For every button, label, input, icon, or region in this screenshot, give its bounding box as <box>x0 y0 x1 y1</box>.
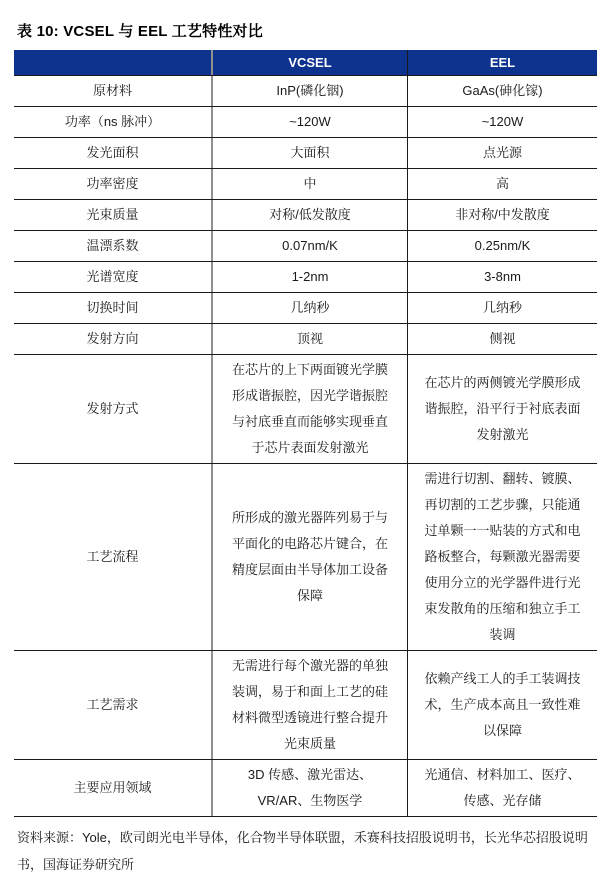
eel-cell: 在芯片的两侧镀光学膜形成谐振腔，沿平行于衬底表面发射激光 <box>408 355 597 463</box>
table-row: 发射方向 顶视 侧视 <box>14 324 597 355</box>
table-row: 发射方式 在芯片的上下两面镀光学膜形成谐振腔，因光学谐振腔与衬底垂直而能够实现垂… <box>14 355 597 464</box>
vcsel-cell: 1-2nm <box>211 262 408 292</box>
table-row: 主要应用领域 3D 传感、激光雷达、VR/AR、生物医学 光通信、材料加工、医疗… <box>14 760 597 817</box>
table-row: 光束质量 对称/低发散度 非对称/中发散度 <box>14 200 597 231</box>
source-note: 资料来源：Yole，欧司朗光电半导体，化合物半导体联盟，禾赛科技招股说明书，长光… <box>17 824 594 878</box>
table-row: 切换时间 几纳秒 几纳秒 <box>14 293 597 324</box>
table-row: 光谱宽度 1-2nm 3-8nm <box>14 262 597 293</box>
row-label: 温漂系数 <box>14 231 211 261</box>
table-row: 原材料 InP(磷化铟) GaAs(砷化镓) <box>14 76 597 107</box>
table-body: 原材料 InP(磷化铟) GaAs(砷化镓) 功率（ns 脉冲） ~120W ~… <box>14 76 597 817</box>
header-cell-eel: EEL <box>408 50 597 75</box>
row-label: 发光面积 <box>14 138 211 168</box>
row-label: 发射方式 <box>14 355 211 463</box>
table-row: 发光面积 大面积 点光源 <box>14 138 597 169</box>
eel-cell: 需进行切割、翻转、镀膜、再切割的工艺步骤，只能通过单颗一一贴装的方式和电路板整合… <box>408 464 597 650</box>
vcsel-cell: 几纳秒 <box>211 293 408 323</box>
row-label: 光谱宽度 <box>14 262 211 292</box>
row-label: 工艺需求 <box>14 651 211 759</box>
vcsel-cell: 所形成的激光器阵列易于与平面化的电路芯片键合，在精度层面由半导体加工设备保障 <box>211 464 408 650</box>
row-label: 发射方向 <box>14 324 211 354</box>
eel-cell: 非对称/中发散度 <box>408 200 597 230</box>
row-label: 功率（ns 脉冲） <box>14 107 211 137</box>
table-row: 温漂系数 0.07nm/K 0.25nm/K <box>14 231 597 262</box>
vcsel-cell: 大面积 <box>211 138 408 168</box>
table-row: 工艺流程 所形成的激光器阵列易于与平面化的电路芯片键合，在精度层面由半导体加工设… <box>14 464 597 651</box>
vcsel-cell: 顶视 <box>211 324 408 354</box>
eel-cell: GaAs(砷化镓) <box>408 76 597 106</box>
row-label: 光束质量 <box>14 200 211 230</box>
vcsel-cell: InP(磷化铟) <box>211 76 408 106</box>
table-row: 工艺需求 无需进行每个激光器的单独装调，易于和面上工艺的硅材料微型透镜进行整合提… <box>14 651 597 760</box>
table-title: 表 10: VCSEL 与 EEL 工艺特性对比 <box>17 20 597 41</box>
eel-cell: 0.25nm/K <box>408 231 597 261</box>
vcsel-cell: 3D 传感、激光雷达、VR/AR、生物医学 <box>211 760 408 816</box>
row-label: 工艺流程 <box>14 464 211 650</box>
table-header-row: VCSEL EEL <box>14 50 597 76</box>
row-label: 主要应用领域 <box>14 760 211 816</box>
vcsel-cell: 对称/低发散度 <box>211 200 408 230</box>
eel-cell: 依赖产线工人的手工装调技术，生产成本高且一致性难以保障 <box>408 651 597 759</box>
report-page: 表 10: VCSEL 与 EEL 工艺特性对比 VCSEL EEL 原材料 I… <box>0 0 611 888</box>
vcsel-cell: 无需进行每个激光器的单独装调，易于和面上工艺的硅材料微型透镜进行整合提升光束质量 <box>211 651 408 759</box>
vcsel-eel-comparison-table: VCSEL EEL 原材料 InP(磷化铟) GaAs(砷化镓) 功率（ns 脉… <box>14 50 597 817</box>
eel-cell: 高 <box>408 169 597 199</box>
vcsel-cell: 在芯片的上下两面镀光学膜形成谐振腔，因光学谐振腔与衬底垂直而能够实现垂直于芯片表… <box>211 355 408 463</box>
eel-cell: ~120W <box>408 107 597 137</box>
eel-cell: 光通信、材料加工、医疗、传感、光存储 <box>408 760 597 816</box>
row-label: 切换时间 <box>14 293 211 323</box>
row-label: 功率密度 <box>14 169 211 199</box>
vcsel-cell: 中 <box>211 169 408 199</box>
vcsel-cell: 0.07nm/K <box>211 231 408 261</box>
header-cell-vcsel: VCSEL <box>211 50 408 75</box>
header-cell-empty <box>14 50 211 75</box>
vcsel-cell: ~120W <box>211 107 408 137</box>
eel-cell: 侧视 <box>408 324 597 354</box>
eel-cell: 3-8nm <box>408 262 597 292</box>
table-row: 功率（ns 脉冲） ~120W ~120W <box>14 107 597 138</box>
eel-cell: 点光源 <box>408 138 597 168</box>
table-row: 功率密度 中 高 <box>14 169 597 200</box>
eel-cell: 几纳秒 <box>408 293 597 323</box>
row-label: 原材料 <box>14 76 211 106</box>
